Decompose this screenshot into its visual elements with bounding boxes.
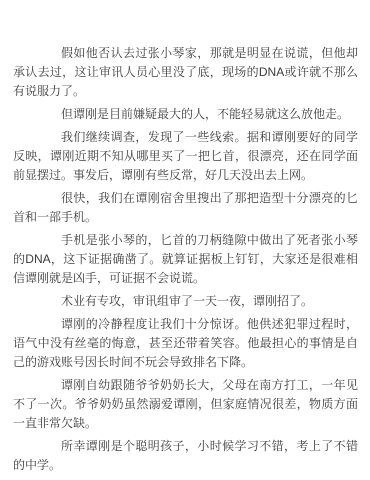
- paragraph: 我们继续调查，发现了一些线索。据和谭刚要好的同学反映，谭刚近期不知从哪里买了一把…: [13, 128, 358, 185]
- paragraph: 术业有专攻，审讯组审了一天一夜，谭刚招了。: [13, 292, 358, 311]
- paragraph: 假如他否认去过张小琴家，那就是明显在说谎，但他却承认去过，这让审讯人员心里没了底…: [13, 44, 358, 101]
- paragraph: 谭刚的冷静程度让我们十分惊讶。他供述犯罪过程时，语气中没有丝毫的悔意，甚至还带着…: [13, 315, 358, 372]
- paragraph: 谭刚自幼跟随爷爷奶奶长大，父母在南方打工，一年见不了一次。爷爷奶奶虽然溺爱谭刚，…: [13, 376, 358, 433]
- paragraph: 很快，我们在谭刚宿舍里搜出了那把造型十分漂亮的匕首和一部手机。: [13, 189, 358, 227]
- paragraph: 手机是张小琴的，匕首的刀柄缝隙中做出了死者张小琴的DNA，这下证据确凿了。就算证…: [13, 231, 358, 288]
- reader-page: 假如他否认去过张小琴家，那就是明显在说谎，但他却承认去过，这让审讯人员心里没了底…: [0, 0, 370, 480]
- paragraph: 但谭刚是目前嫌疑最大的人，不能轻易就这么放他走。: [13, 105, 358, 124]
- paragraph: 所幸谭刚是个聪明孩子，小时候学习不错，考上了不错的中学。: [13, 437, 358, 475]
- page-content: 假如他否认去过张小琴家，那就是明显在说谎，但他却承认去过，这让审讯人员心里没了底…: [13, 44, 358, 475]
